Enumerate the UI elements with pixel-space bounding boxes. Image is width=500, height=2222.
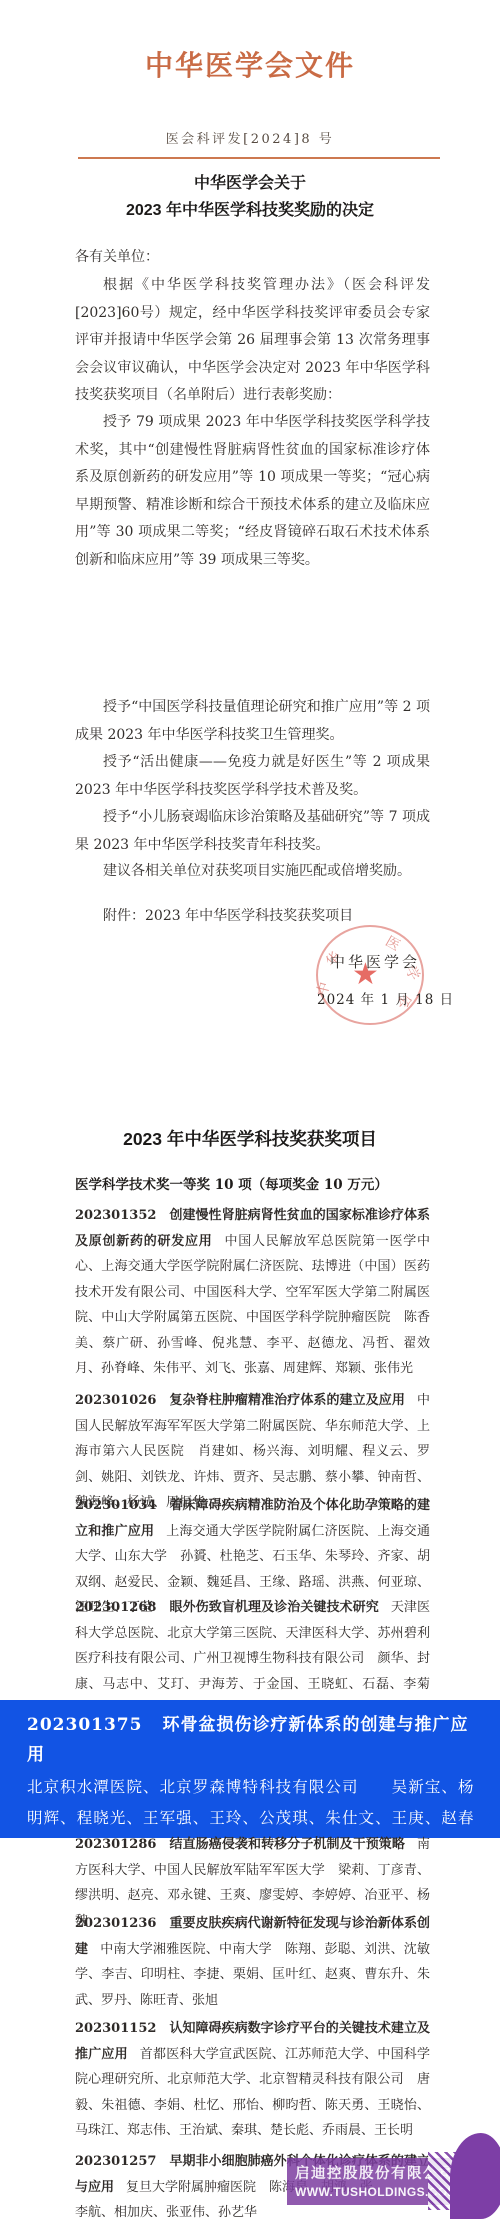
attachment-title: 2023 年中华医学科技奖获奖项目 <box>0 1126 500 1151</box>
document-title-line2: 2023 年中华医学科技奖奖励的决定 <box>0 197 500 224</box>
signature-org: 中华医学会 <box>330 951 420 972</box>
award-entry: 202301352创建慢性肾脏病肾性贫血的国家标准诊疗体系及原创新药的研发应用中… <box>75 1203 430 1382</box>
body-paragraph: 授予“中国医学科技量值理论研究和推广应用”等 2 项成果 2023 年中华医学科… <box>75 694 430 749</box>
highlighted-award-entry: 202301375环骨盆损伤诊疗新体系的创建与推广应用 北京积水潭医院、北京罗森… <box>0 1700 500 1838</box>
watermark-logo-icon <box>450 2133 500 2219</box>
award-entry-id: 202301268 <box>75 1600 156 1615</box>
award-entry-title: 眼外伤致盲机理及诊治关键技术研究 <box>169 1600 378 1615</box>
award-entry-id: 202301257 <box>75 2154 156 2169</box>
document-title: 中华医学会关于 2023 年中华医学科技奖奖励的决定 <box>0 170 500 224</box>
award-entry-id: 202301286 <box>75 1837 156 1852</box>
signature-date: 2024 年 1 月 18 日 <box>317 988 454 1008</box>
award-entry-title: 结直肠癌侵袭和转移分子机制及干预策略 <box>169 1837 405 1852</box>
award-entry-id: 202301236 <box>75 1916 156 1931</box>
salutation: 各有关单位： <box>75 244 430 272</box>
award-entry-id: 202301034 <box>75 1498 156 1513</box>
award-entry: 202301236重要皮肤疾病代谢新特征发现与诊治新体系创建中南大学湘雅医院、中… <box>75 1911 430 2013</box>
award-entry-id: 202301375 <box>27 1715 142 1735</box>
body-paragraph: 授予“活出健康——免疫力就是好医生”等 2 项成果 2023 年中华医学科技奖医… <box>75 749 430 804</box>
award-entry-id: 202301026 <box>75 1393 156 1408</box>
official-seal-icon: 华 医 学 会 中 ★ <box>316 925 424 1025</box>
highlighted-entry-title: 202301375环骨盆损伤诊疗新体系的创建与推广应用 <box>27 1710 474 1770</box>
letterhead-title: 中华医学会文件 <box>0 44 500 84</box>
body-paragraph: 根据《中华医学科技奖管理办法》（医会科评发[2023]60号）规定，经中华医学科… <box>75 272 430 410</box>
award-entry-body: 首都医科大学宣武医院、江苏师范大学、中国科学院心理研究所、北京师范大学、北京智精… <box>75 2047 430 2139</box>
body-paragraph: 授予“小儿肠衰竭临床诊治策略及基础研究”等 7 项成果 2023 年中华医学科技… <box>75 804 430 859</box>
award-entry: 202301152认知障碍疾病数字诊疗平台的关键技术建立及推广应用首都医科大学宣… <box>75 2016 430 2144</box>
award-entry-id: 202301352 <box>75 1208 156 1223</box>
document-number: 医会科评发[2024]8 号 <box>0 128 500 147</box>
scanned-document: 中华医学会文件 医会科评发[2024]8 号 中华医学会关于 2023 年中华医… <box>0 0 500 2222</box>
award-entry-title: 复杂脊柱肿瘤精准治疗体系的建立及应用 <box>169 1393 405 1408</box>
award-section-header: 医学科学技术奖一等奖 10 项（每项奖金 10 万元） <box>75 1173 435 1193</box>
body-paragraph: 建议各相关单位对获奖项目实施匹配或倍增奖励。 <box>75 858 430 886</box>
award-entry-body: 中国人民解放军总医院第一医学中心、上海交通大学医学院附属仁济医院、珐博进（中国）… <box>75 1234 430 1377</box>
body-paragraph: 授予 79 项成果 2023 年中华医学科技奖医学科学技术奖，其中“创建慢性肾脏… <box>75 409 430 574</box>
award-entry-id: 202301152 <box>75 2021 156 2036</box>
letterhead-divider <box>78 157 440 159</box>
award-entry-body: 中南大学湘雅医院、中南大学 陈翔、彭聪、刘洪、沈敏学、李吉、印明柱、李捷、栗娟、… <box>75 1942 430 2008</box>
document-title-line1: 中华医学会关于 <box>0 170 500 197</box>
